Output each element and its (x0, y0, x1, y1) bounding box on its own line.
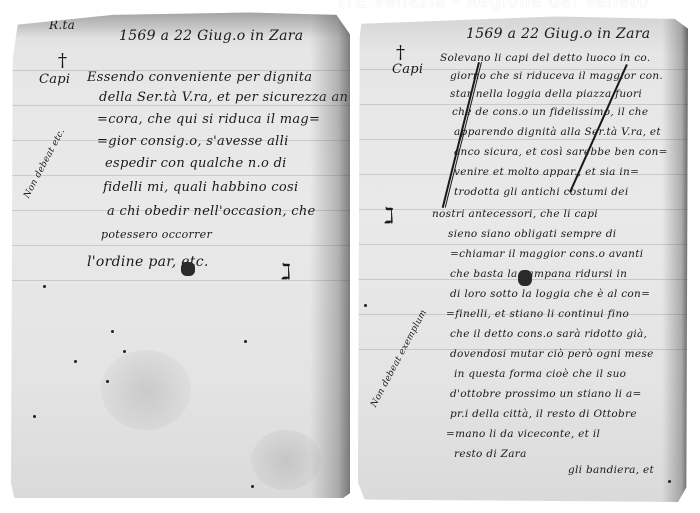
right-line: anco sicura, et così sarebbe ben con= (454, 146, 668, 158)
left-line: della Ser.tà V.ra, et per sicurezza an= (99, 90, 350, 105)
right-line: resto di Zara (454, 448, 527, 460)
left-margin-label: Capi (39, 72, 70, 87)
right-line: d'ottobre prossimo un stiano li a= (450, 388, 642, 400)
left-line: =cora, che qui si riduca il mag= (97, 112, 320, 127)
left-line: Essendo conveniente per dignita (87, 70, 312, 85)
left-line: potessero occorrer (101, 228, 212, 241)
ink-blot (518, 270, 532, 286)
corner-mark: R.ta (49, 18, 75, 32)
right-side-note: Non debeat exemplum (369, 308, 429, 409)
archive-watermark: ITE Venezia - Regione del Veneto (338, 0, 649, 12)
right-line: trodotta gli antichi costumi dei (454, 186, 628, 198)
right-line: in questa forma cioè che il suo (454, 368, 626, 380)
cross-mark: † (396, 42, 405, 63)
right-line: giorno che si riduceva il maggior con. (450, 70, 663, 82)
right-line: sieno siano obligati sempre di (448, 228, 616, 240)
left-line: =gior consig.o, s'avesse alli (97, 134, 289, 149)
right-page: 1569 a 22 Giug.o in Zara † Capi Solevano… (358, 14, 688, 502)
left-page-header: 1569 a 22 Giug.o in Zara (119, 28, 303, 44)
right-line: dovendosi mutar ciò però ogni mese (450, 348, 654, 360)
left-line: espedir con qualche n.o di (105, 156, 287, 171)
right-line: che de cons.o un fidelissimo, il che (452, 106, 648, 118)
right-line: venire et molto appar., et sia in= (454, 166, 639, 178)
right-margin-label: Capi (392, 62, 423, 77)
right-line: =chiamar il maggior cons.o avanti (450, 248, 643, 260)
ink-blot (181, 262, 195, 276)
left-page: R.ta 1569 a 22 Giug.o in Zara † Capi Ess… (11, 10, 350, 498)
right-page-header: 1569 a 22 Giug.o in Zara (466, 26, 650, 42)
right-line: gli bandiera, et (568, 464, 654, 476)
signature-mark: ℷ (384, 204, 394, 229)
right-line: Solevano li capi del detto luoco in co. (440, 52, 650, 64)
right-line: apparendo dignità alla Ser.tà V.ra, et (454, 126, 661, 138)
manuscript-scan: R.ta 1569 a 22 Giug.o in Zara † Capi Ess… (0, 0, 700, 513)
cross-mark: † (58, 50, 67, 71)
right-line: pr.i della città, il resto di Ottobre (450, 408, 637, 420)
right-line: =finelli, et stiano li continui fino (446, 308, 629, 320)
signature-mark: ℷ (281, 260, 291, 285)
right-line: nostri antecessori, che li capi (432, 208, 598, 220)
left-side-note: Non debeat etc. (22, 127, 67, 200)
left-line: a chi obedir nell'occasion, che (107, 204, 316, 219)
right-line: di loro sotto la loggia che è al con= (450, 288, 650, 300)
right-line: che basta la campana ridursi in (450, 268, 627, 280)
left-line: fidelli mi, quali habbino cosi (103, 180, 298, 195)
right-line: =mano li da viceconte, et il (446, 428, 600, 440)
right-line: che il detto cons.o sarà ridotto già, (450, 328, 647, 340)
